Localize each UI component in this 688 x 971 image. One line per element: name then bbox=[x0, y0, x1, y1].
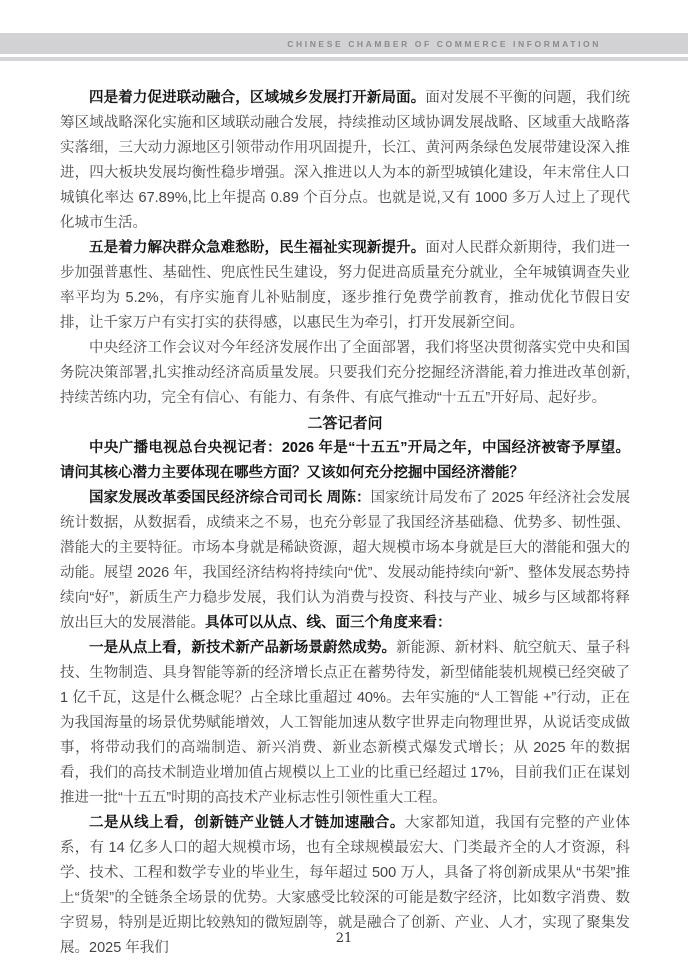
text-run: 面对发展不平衡的问题，我们统筹区域战略深化实施和区域联动融合发展，持续推动区域协… bbox=[60, 90, 630, 231]
paragraph: 四是着力促进联动融合，区域城乡发展打开新局面。面对发展不平衡的问题，我们统筹区域… bbox=[60, 86, 630, 236]
bold-text-run: 国家发展改革委国民经济综合司司长 周陈： bbox=[89, 490, 371, 506]
text-run: 中央经济工作会议对今年经济发展作出了全面部署，我们将坚决贯彻落实党中央和国务院决… bbox=[60, 340, 630, 406]
text-run: 新能源、新材料、航空航天、量子科技、生物制造、具身智能等新的经济增长点正在蓄势待… bbox=[60, 640, 630, 806]
bold-text-run: 具体可以从点、线、面三个角度来看： bbox=[205, 615, 452, 631]
article-body: 四是着力促进联动融合，区域城乡发展打开新局面。面对发展不平衡的问题，我们统筹区域… bbox=[0, 86, 688, 961]
bold-text-run: 二答记者问 bbox=[307, 415, 382, 432]
header-banner: CHINESE CHAMBER OF COMMERCE INFORMATION bbox=[0, 33, 688, 54]
bold-text-run: 中央广播电视总台央视记者：2026 年是“十五五”开局之年，中国经济被寄予厚望。… bbox=[60, 440, 630, 481]
document-page: CHINESE CHAMBER OF COMMERCE INFORMATION … bbox=[0, 0, 688, 971]
section-heading: 二答记者问 bbox=[60, 411, 630, 436]
paragraph: 一是从点上看，新技术新产品新场景蔚然成势。新能源、新材料、航空航天、量子科技、生… bbox=[60, 636, 630, 811]
text-run: 国家统计局发布了 2025 年经济社会发展统计数据，从数据看，成绩来之不易，也充… bbox=[60, 490, 630, 631]
paragraph: 五是着力解决群众急难愁盼，民生福祉实现新提升。面对人民群众新期待，我们进一步加强… bbox=[60, 236, 630, 336]
paragraph: 中央经济工作会议对今年经济发展作出了全面部署，我们将坚决贯彻落实党中央和国务院决… bbox=[60, 336, 630, 411]
bold-text-run: 四是着力促进联动融合，区域城乡发展打开新局面。 bbox=[89, 90, 425, 106]
header-banner-text: CHINESE CHAMBER OF COMMERCE INFORMATION bbox=[287, 39, 601, 49]
bold-text-run: 二是从线上看，创新链产业链人才链加速融合。 bbox=[89, 815, 405, 831]
header-rule bbox=[0, 57, 688, 61]
bold-text-run: 五是着力解决群众急难愁盼，民生福祉实现新提升。 bbox=[89, 240, 425, 256]
paragraph: 国家发展改革委国民经济综合司司长 周陈：国家统计局发布了 2025 年经济社会发… bbox=[60, 486, 630, 636]
page-number: 21 bbox=[0, 931, 688, 946]
paragraph: 中央广播电视总台央视记者：2026 年是“十五五”开局之年，中国经济被寄予厚望。… bbox=[60, 436, 630, 486]
bold-text-run: 一是从点上看，新技术新产品新场景蔚然成势。 bbox=[89, 640, 396, 656]
